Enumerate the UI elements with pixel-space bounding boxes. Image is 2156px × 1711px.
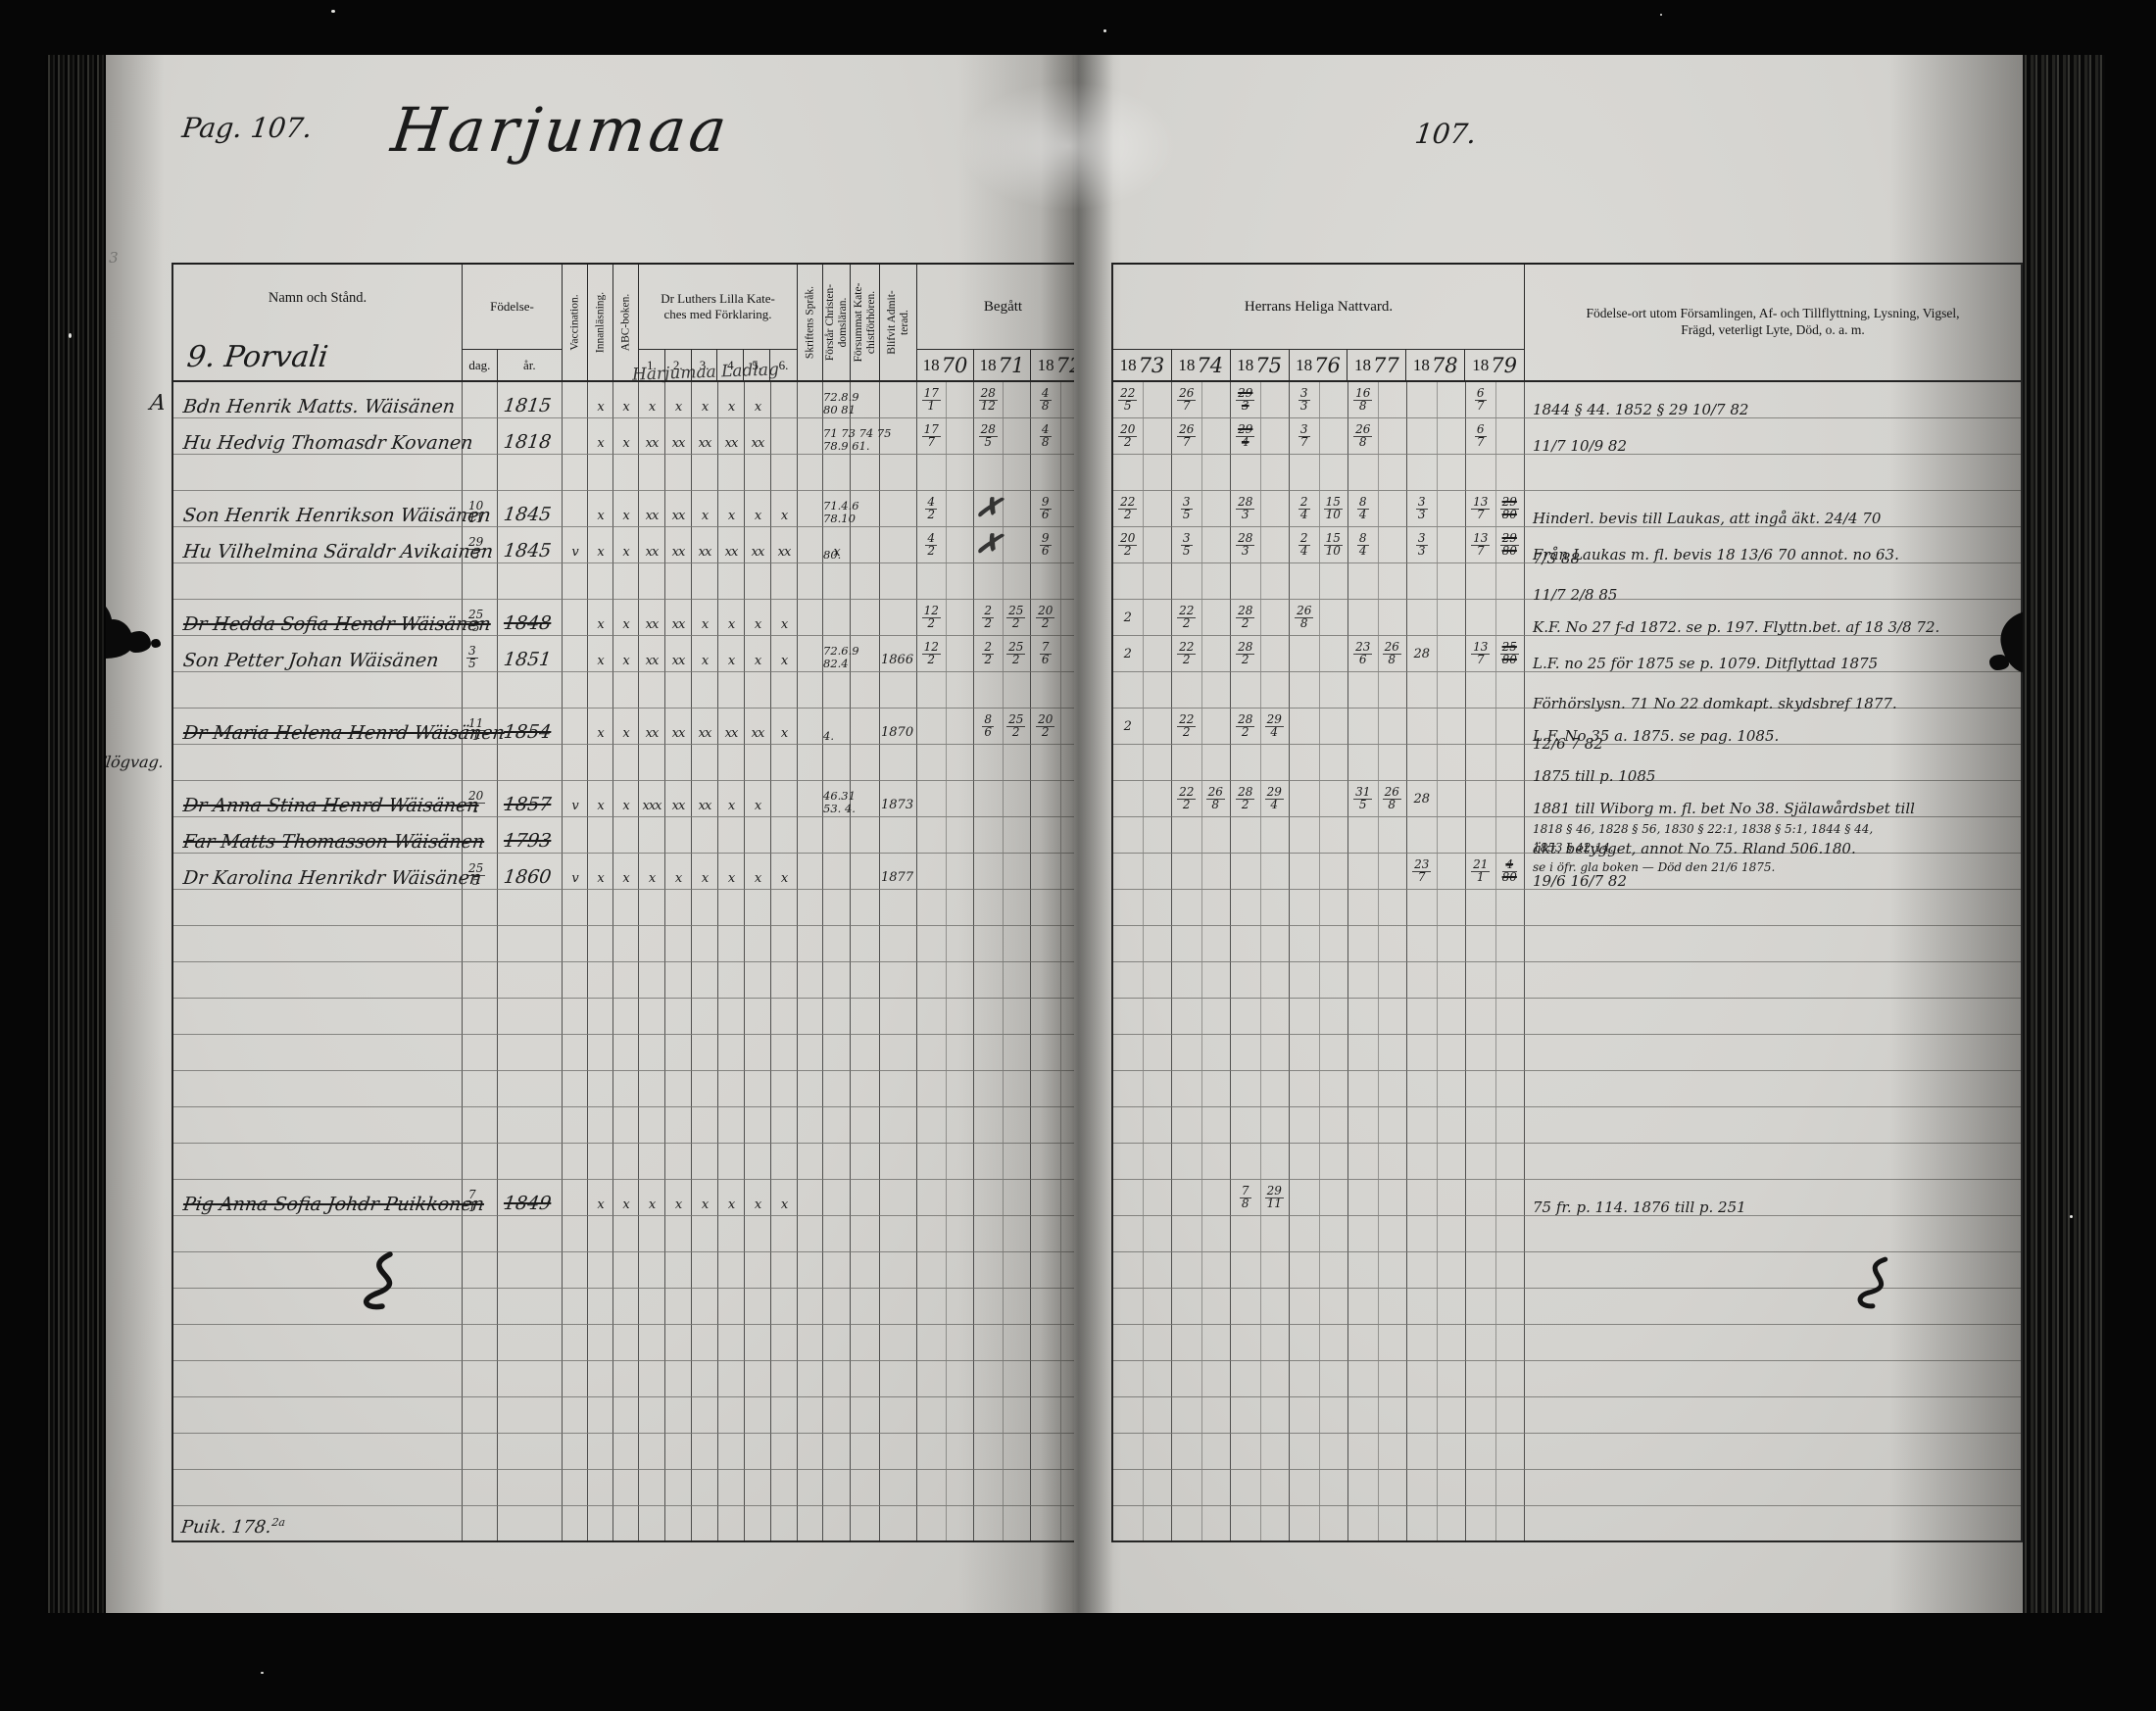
cell-m0 [563, 1180, 588, 1216]
cell-dag [463, 1107, 498, 1144]
cell-m6 [718, 1289, 745, 1325]
cell-name [173, 1216, 463, 1252]
cell-ar [498, 1506, 563, 1542]
cell-m6 [718, 1144, 745, 1180]
table-row: Son Henrik Henrikson Wäisänen10111845xxx… [173, 491, 1089, 527]
year-cell-right [1437, 527, 1466, 562]
cell-y79 [1466, 563, 1525, 600]
cell-admit [880, 455, 917, 491]
cell-fors [851, 1144, 880, 1180]
cell-m5 [692, 672, 718, 709]
year-cell-left: 86 [974, 709, 1003, 744]
cell-m4 [665, 817, 692, 854]
cell-y77: 168 [1348, 382, 1407, 418]
cell-y77 [1348, 1216, 1407, 1252]
cell-notes [1525, 1325, 2021, 1361]
fraction-bottom: 1 [1471, 872, 1490, 883]
cell-m7 [745, 672, 771, 709]
cell-m1: x [588, 491, 613, 527]
cell-y77 [1348, 1434, 1407, 1470]
cell-y70 [917, 1071, 974, 1107]
cell-admit [880, 1071, 917, 1107]
year-cell-left: 22 [974, 600, 1003, 635]
year-cell-right [1260, 527, 1290, 562]
fraction-bottom: 2 [1118, 510, 1137, 520]
cell-m4: x [665, 382, 692, 418]
cell-notes [1525, 455, 2021, 491]
cell-m9 [798, 455, 823, 491]
fraction-value: 282 [1236, 606, 1254, 629]
book-page-left: Pag. 107. Harjumaa 013 Namn och Stånd. 9… [106, 55, 1074, 1613]
cell-y75 [1231, 1144, 1290, 1180]
table-row [1113, 1361, 2021, 1397]
cell-m9 [798, 962, 823, 999]
cell-m8: x [771, 854, 798, 890]
cell-m7: x [745, 382, 771, 418]
cell-forstar [823, 1434, 851, 1470]
cell-y71 [974, 1035, 1031, 1071]
year-cell-left: 283 [1231, 491, 1260, 526]
cell-y70: 122 [917, 600, 974, 636]
fraction-value: 202 [1118, 424, 1137, 448]
cell-y77 [1348, 817, 1407, 854]
cell-y78 [1407, 455, 1466, 491]
cell-m8 [771, 1071, 798, 1107]
cell-dag [463, 1325, 498, 1361]
year-cell-right: 252 [1003, 636, 1031, 671]
cell-y75 [1231, 854, 1290, 890]
cell-y71 [974, 1325, 1031, 1361]
year-cell-left: 96 [1031, 491, 1060, 526]
cell-y73 [1113, 1144, 1172, 1180]
table-row [173, 1397, 1089, 1434]
cell-m2 [613, 1252, 639, 1289]
year-cell-right: 2580 [1495, 636, 1525, 671]
cell-y70: 177 [917, 418, 974, 455]
reading-mark: xx [665, 509, 691, 523]
year-cell-right [1201, 491, 1231, 526]
fraction-bottom: 8 [1383, 800, 1401, 810]
cell-y73 [1113, 1035, 1172, 1071]
cell-m1: x [588, 418, 613, 455]
cell-y79: 1372580 [1466, 636, 1525, 672]
cell-y71 [974, 563, 1031, 600]
fraction-bottom: 4 [1265, 727, 1284, 738]
cell-m6 [718, 455, 745, 491]
cell-m2 [613, 1397, 639, 1434]
reading-mark: x [588, 617, 612, 632]
cell-y74 [1172, 1397, 1231, 1434]
table-row [173, 962, 1089, 999]
cell-fors [851, 1325, 880, 1361]
person-name: Son Henrik Henrikson Wäisänen [182, 505, 492, 526]
cell-y78 [1407, 382, 1466, 418]
table-row [1113, 1434, 2021, 1470]
cell-y77 [1348, 1470, 1407, 1506]
cell-y74: 222 [1172, 600, 1231, 636]
fraction-bottom: 4 [1265, 800, 1284, 810]
year-cell-right [1260, 418, 1290, 454]
cell-m6: xx [718, 709, 745, 745]
cell-m5: x [692, 600, 718, 636]
reading-mark: x [613, 1198, 638, 1212]
year-cell-left: 222 [1172, 636, 1201, 671]
fraction-bottom: 8 [1240, 1198, 1251, 1209]
person-name: Dr Anna Stina Henrd Wäisänen [182, 795, 480, 816]
year-cell-right [1201, 636, 1231, 671]
cell-y79 [1466, 709, 1525, 745]
cell-y71 [974, 890, 1031, 926]
table-row [173, 926, 1089, 962]
cell-ar: 1860 [498, 854, 563, 890]
fraction-value: 35 [1181, 533, 1193, 557]
cell-y77 [1348, 1397, 1407, 1434]
register-table-right: Herrans Heliga Nattvard. 1873 1874 1875 … [1111, 263, 2023, 1542]
cell-m8 [771, 1216, 798, 1252]
cell-m3 [639, 1144, 665, 1180]
cell-m9 [798, 1434, 823, 1470]
cell-ar: 1857 [498, 781, 563, 817]
cell-y77 [1348, 926, 1407, 962]
cell-forstar [823, 1397, 851, 1434]
cell-m6: x [718, 636, 745, 672]
dust-speck [331, 10, 335, 13]
reading-mark: x [692, 617, 717, 632]
year-cell-left: 67 [1466, 382, 1495, 417]
cell-y74 [1172, 563, 1231, 600]
cell-y79 [1466, 745, 1525, 781]
fraction-value: 222 [1177, 714, 1196, 738]
cell-admit [880, 1107, 917, 1144]
cell-y79 [1466, 1506, 1525, 1542]
cell-m5 [692, 999, 718, 1035]
cell-m0 [563, 636, 588, 672]
fraction-bottom: 1 [922, 401, 941, 412]
year-cell-left: 177 [917, 418, 946, 454]
cell-admit [880, 745, 917, 781]
book-edge-left [45, 39, 106, 1633]
cell-y79: 1372980 [1466, 527, 1525, 563]
cell-y76 [1290, 1325, 1348, 1361]
fraction-bottom: 2 [1118, 546, 1137, 557]
cell-m5 [692, 1035, 718, 1071]
cell-m8 [771, 745, 798, 781]
cell-y76 [1290, 1361, 1348, 1397]
note-line: K.F. No 27 f-d 1872. se p. 197. Flyttn.b… [1533, 600, 2015, 640]
cell-y77: 315268 [1348, 781, 1407, 817]
cell-y75 [1231, 1397, 1290, 1434]
cell-y78 [1407, 1506, 1466, 1542]
table-row [173, 1289, 1089, 1325]
cell-dag [463, 672, 498, 709]
table-row: 2223528324151084331372980Hinderl. bevis … [1113, 491, 2021, 527]
cell-y79 [1466, 1397, 1525, 1434]
table-row: ABdn Henrik Matts. Wäisänen1815xxxxxxx72… [173, 382, 1089, 418]
reading-mark: xx [692, 545, 717, 560]
cell-y70 [917, 1325, 974, 1361]
cell-name [173, 999, 463, 1035]
cell-dag [463, 962, 498, 999]
cell-m9 [798, 1180, 823, 1216]
cell-m1 [588, 672, 613, 709]
cell-y76 [1290, 636, 1348, 672]
cell-m4 [665, 563, 692, 600]
reading-mark: x [613, 871, 638, 886]
dust-speck [261, 1672, 264, 1674]
cell-notes [1525, 1506, 2021, 1542]
cell-y79 [1466, 1216, 1525, 1252]
year-cell-left: 293 [1231, 382, 1260, 417]
cell-y70 [917, 1434, 974, 1470]
cell-m4 [665, 962, 692, 999]
year-cell-left: 202 [1031, 709, 1060, 744]
reading-mark: xx [639, 509, 664, 523]
year-cell-right: 2980 [1495, 491, 1525, 526]
cell-m9 [798, 418, 823, 455]
cell-y78 [1407, 418, 1466, 455]
cell-m2: x [613, 600, 639, 636]
table-row: Dr Hedda Sofia Hendr Wäisänen2551848xxxx… [173, 600, 1089, 636]
cell-m3: x [639, 382, 665, 418]
cell-m3: xx [639, 709, 665, 745]
reading-mark: xx [639, 617, 664, 632]
cell-m9 [798, 1397, 823, 1434]
forsummat-line: 80 81 [823, 404, 913, 416]
cell-y74 [1172, 1506, 1231, 1542]
cell-y78 [1407, 672, 1466, 709]
cell-name [173, 1325, 463, 1361]
year-cell-right: 480 [1495, 854, 1525, 889]
reading-mark: x [613, 617, 638, 632]
cell-notes: 1844 § 44. 1852 § 29 10/7 82 [1525, 382, 2021, 418]
fraction-bottom: 4 [1357, 510, 1369, 520]
year-cell-right [1495, 418, 1525, 454]
cell-y76 [1290, 563, 1348, 600]
cell-y70 [917, 1035, 974, 1071]
cell-y78: 28 [1407, 636, 1466, 672]
cell-forstar [823, 1107, 851, 1144]
reading-mark: x [771, 654, 797, 668]
year-cell-left: 122 [917, 600, 946, 635]
cell-m2 [613, 1434, 639, 1470]
forsummat-line: 4. [823, 730, 913, 743]
cell-name [173, 1397, 463, 1434]
cell-m4 [665, 1506, 692, 1542]
cell-m8 [771, 1107, 798, 1144]
cell-fors [851, 1434, 880, 1470]
cell-y75: 282294 [1231, 709, 1290, 745]
cell-m0 [563, 1325, 588, 1361]
cell-m5 [692, 745, 718, 781]
fraction-bottom: 5 [1118, 401, 1137, 412]
value: 2 [1124, 611, 1132, 625]
cell-m8 [771, 1252, 798, 1289]
page-number: 107. [1413, 118, 1478, 150]
reading-mark: x [665, 871, 691, 886]
cell-forstar [823, 962, 851, 999]
cell-m0 [563, 491, 588, 527]
cell-m6: x [718, 781, 745, 817]
reading-mark: x [588, 400, 612, 415]
cell-y79 [1466, 1361, 1525, 1397]
cell-m9 [798, 1107, 823, 1144]
year-cell-right [1003, 491, 1031, 526]
table-row [1113, 1506, 2021, 1542]
cell-notes: 75 fr. p. 114. 1876 till p. 251 [1525, 1180, 2021, 1216]
year-cell-right [1201, 600, 1231, 635]
fraction-bottom: 7 [1177, 401, 1196, 412]
cell-y71 [974, 1506, 1031, 1542]
cell-ar [498, 1325, 563, 1361]
fraction-bottom: 7 [1471, 655, 1490, 665]
cell-m2 [613, 1144, 639, 1180]
cell-forstar [823, 600, 851, 636]
cell-m5 [692, 926, 718, 962]
year-cell-left: 78 [1231, 1180, 1260, 1215]
forsummat-note: 71 73 74 7578.9 61. [823, 427, 913, 453]
year-cell-right [1495, 382, 1525, 417]
cell-m7 [745, 455, 771, 491]
cell-notes [1525, 1144, 2021, 1180]
fraction-bottom: 5 [1353, 800, 1372, 810]
page-title: Harjumaa [388, 94, 735, 166]
cell-m2 [613, 455, 639, 491]
cell-m7 [745, 745, 771, 781]
cell-fors: 46.3153. 4. [851, 781, 880, 817]
cell-m5 [692, 1144, 718, 1180]
dust-speck [1660, 14, 1662, 16]
table-row [173, 745, 1089, 781]
reading-mark: x [692, 654, 717, 668]
cell-y74 [1172, 1035, 1231, 1071]
cell-m4 [665, 455, 692, 491]
cell-y70 [917, 890, 974, 926]
cell-m2: x [613, 418, 639, 455]
dust-speck [1103, 29, 1106, 32]
fraction-bottom: 10 [1324, 546, 1343, 557]
note-line: 1818 § 46, 1828 § 56, 1830 § 22:1, 1838 … [1533, 817, 2015, 837]
cell-fors [851, 455, 880, 491]
reading-mark: x [588, 1198, 612, 1212]
note-line: 1844 § 44. 1852 § 29 10/7 82 [1533, 382, 2015, 422]
note-line: 1881 till Wiborg m. fl. bet No 38. Själa… [1533, 781, 2015, 821]
cell-m5 [692, 455, 718, 491]
year-cell-left: 267 [1172, 418, 1201, 454]
reading-mark: x [665, 1198, 691, 1212]
cell-y74 [1172, 926, 1231, 962]
cell-m5: x [692, 382, 718, 418]
cell-m4 [665, 745, 692, 781]
cell-y77 [1348, 672, 1407, 709]
cell-y71 [974, 926, 1031, 962]
cell-y71 [974, 817, 1031, 854]
cell-y76: 241510 [1290, 491, 1348, 527]
cell-y77 [1348, 1252, 1407, 1289]
fraction-bottom: 2 [1177, 727, 1196, 738]
cell-y73 [1113, 854, 1172, 890]
cell-y78 [1407, 817, 1466, 854]
cell-m8 [771, 1506, 798, 1542]
cell-ar: 1815 [498, 382, 563, 418]
cell-m5 [692, 890, 718, 926]
fraction-value: 2580 [1500, 642, 1519, 665]
fraction-bottom: 80 [1502, 872, 1517, 883]
fraction-value: 137 [1471, 533, 1490, 557]
fraction-value: 222 [1177, 606, 1196, 629]
fraction-bottom: 8 [1353, 401, 1372, 412]
photo-border [0, 1613, 2156, 1711]
year-cell-left: 42 [917, 527, 946, 562]
cell-m0: v [563, 854, 588, 890]
cell-y73: 222 [1113, 491, 1172, 527]
cell-y78 [1407, 1071, 1466, 1107]
fraction-bottom: 8 [1295, 618, 1313, 629]
fraction-bottom: 4 [1298, 510, 1310, 520]
fraction-value: 33 [1298, 388, 1310, 412]
cell-forstar [823, 1506, 851, 1542]
cell-y78 [1407, 1470, 1466, 1506]
cell-fors: 72.8.980 81 [851, 382, 880, 418]
reading-mark: x [665, 400, 691, 415]
cell-y73 [1113, 745, 1172, 781]
cell-m9 [798, 1289, 823, 1325]
column-header-birth: Födelse- dag. år. [463, 265, 563, 380]
cell-y79 [1466, 672, 1525, 709]
fraction-bottom: 2 [922, 618, 941, 629]
reading-mark: x [613, 509, 638, 523]
cell-fors [851, 1216, 880, 1252]
person-name: Hu Vilhelmina Säraldr Avikainen [182, 541, 495, 562]
fraction-value: 78 [1240, 1186, 1251, 1209]
cell-y71 [974, 455, 1031, 491]
year-cell-right [1437, 636, 1466, 671]
cell-y76 [1290, 962, 1348, 999]
signature-squiggle [1842, 1250, 1909, 1319]
cell-m9 [798, 781, 823, 817]
person-name: Son Petter Johan Wäisänen [182, 650, 440, 671]
person-name: Bdn Henrik Matts. Wäisänen [182, 396, 457, 417]
table-row [1113, 962, 2021, 999]
cell-ar: 1848 [498, 600, 563, 636]
cell-y76 [1290, 999, 1348, 1035]
fraction-value: 267 [1177, 388, 1196, 412]
forsummat-line: 78.10 [823, 513, 913, 525]
cell-y78: 28 [1407, 781, 1466, 817]
fraction-value: 2980 [1500, 533, 1519, 557]
year-cell-left: 96 [1031, 527, 1060, 562]
year-cell-right [1437, 854, 1466, 889]
fraction-value: 1510 [1324, 497, 1343, 520]
cell-notes [1525, 1289, 2021, 1325]
cell-y76 [1290, 890, 1348, 926]
cell-m1 [588, 817, 613, 854]
cell-m1 [588, 1325, 613, 1361]
cell-y71 [974, 1252, 1031, 1289]
fraction-bottom: 2 [1177, 800, 1196, 810]
fraction-value: 48 [1040, 388, 1052, 412]
year-cell-right [946, 600, 974, 635]
ink-blob [1989, 655, 2009, 670]
cell-m5 [692, 1470, 718, 1506]
cell-y70 [917, 999, 974, 1035]
cell-m3 [639, 1071, 665, 1107]
fraction-bottom: 4 [1236, 437, 1254, 448]
cell-y74 [1172, 962, 1231, 999]
birth-year: 1848 [503, 612, 553, 634]
cell-forstar [823, 817, 851, 854]
cell-y79 [1466, 1035, 1525, 1071]
reading-mark: xx [745, 436, 770, 451]
